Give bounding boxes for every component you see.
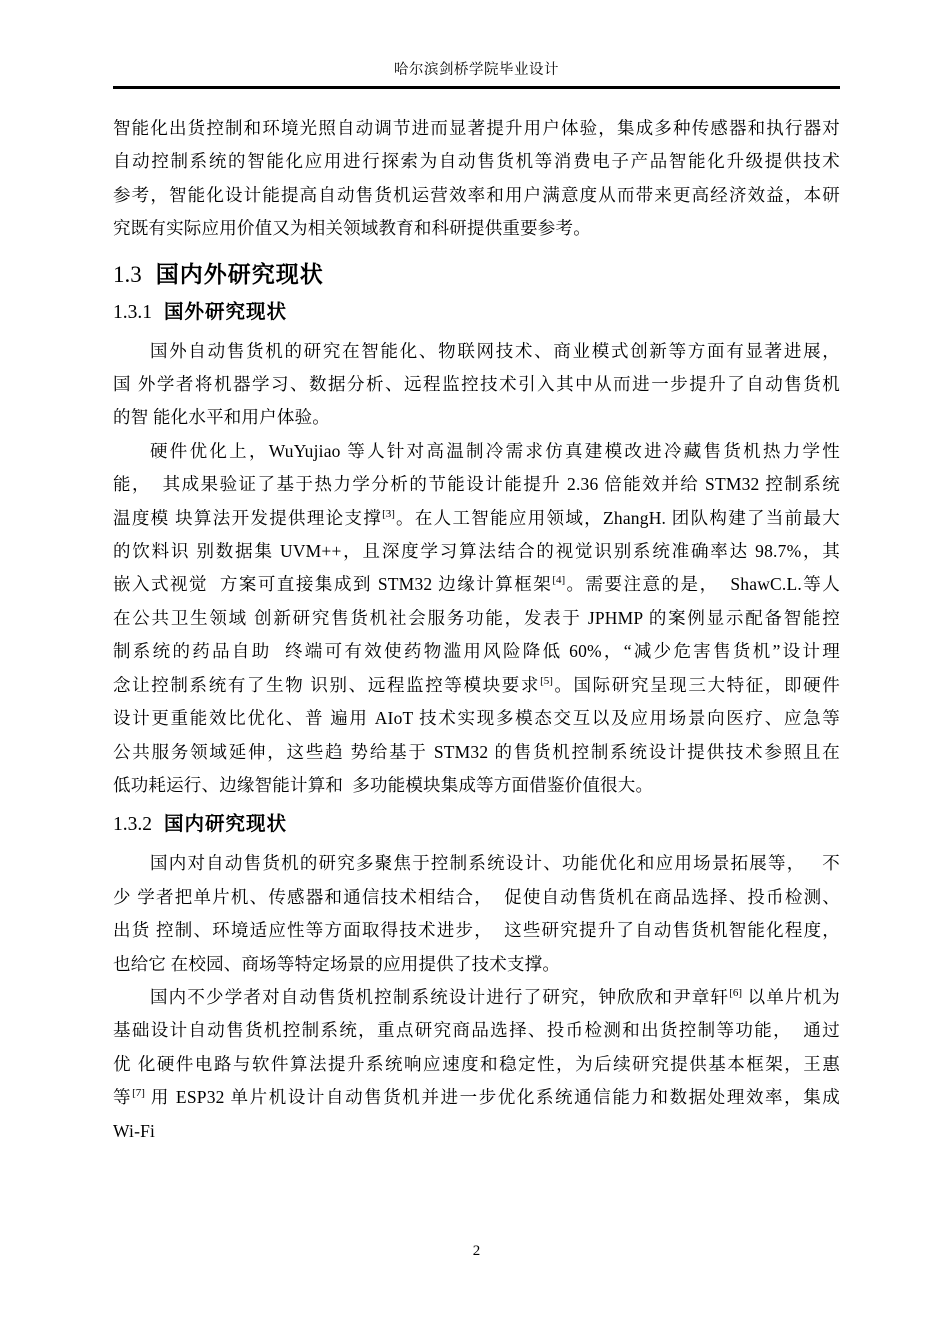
text-line: 少 学者把单片机、传感器和通信技术相结合， 促使自动售货机在商品选择、投币检测、: [113, 881, 840, 914]
text-line: 基础设计自动售货机控制系统，重点研究商品选择、投币检测和出货控制等功能， 通过: [113, 1014, 840, 1047]
citation-ref-7: [7]: [132, 1087, 145, 1099]
text-line: 能， 其成果验证了基于热力学分析的节能设计能提升 2.36 倍能效并给 STM3…: [113, 468, 840, 501]
paragraph: 国外自动售货机的研究在智能化、物联网技术、商业模式创新等方面有显著进展， 国 外…: [113, 335, 840, 435]
page-footer: 2: [113, 1241, 840, 1261]
document-content: 智能化出货控制和环境光照自动调节进而显著提升用户体验，集成多种传感器和执行器对 …: [113, 112, 840, 1148]
paragraph: 硬件优化上，WuYujiao 等人针对高温制冷需求仿真建模改进冷藏售货机热力学性…: [113, 435, 840, 802]
citation-ref-5: [5]: [540, 675, 553, 687]
section-heading-1-3-2: 1.3.2国内研究现状: [113, 811, 840, 838]
section-heading-1-3: 1.3国内外研究现状: [113, 259, 840, 290]
text-line: 国 外学者将机器学习、数据分析、远程监控技术引入其中从而进一步提升了自动售货机: [113, 368, 840, 401]
text-segment: 念让控制系统有了生物 识别、远程监控等模块要求: [113, 675, 540, 695]
header-rule: [113, 86, 840, 89]
heading-text: 国内研究现状: [164, 813, 287, 835]
text-segment: 嵌入式视觉 方案可直接集成到 STM32 边缘计算框架: [113, 574, 552, 594]
text-line: 硬件优化上，WuYujiao 等人针对高温制冷需求仿真建模改进冷藏售货机热力学性: [113, 435, 840, 468]
citation-ref-6: [6]: [729, 987, 742, 999]
text-line: 参考，智能化设计能提高自动售货机运营效率和用户满意度从而带来更高经济效益，本研: [113, 179, 840, 212]
text-line: 自动控制系统的智能化应用进行探索为自动售货机等消费电子产品智能化升级提供技术: [113, 145, 840, 178]
text-line: 低功耗运行、边缘智能计算和 多功能模块集成等方面借鉴价值很大。: [113, 769, 840, 802]
text-line: Wi-Fi: [113, 1115, 840, 1148]
text-line: 念让控制系统有了生物 识别、远程监控等模块要求[5]。国际研究呈现三大特征，即硬…: [113, 669, 840, 702]
text-line: 嵌入式视觉 方案可直接集成到 STM32 边缘计算框架[4]。需要注意的是， S…: [113, 568, 840, 601]
text-line: 也给它 在校园、商场等特定场景的应用提供了技术支撑。: [113, 948, 840, 981]
document-page: 哈尔滨剑桥学院毕业设计 智能化出货控制和环境光照自动调节进而显著提升用户体验，集…: [0, 0, 950, 1344]
text-segment: 国内不少学者对自动售货机控制系统设计进行了研究，钟欣欣和尹章轩: [150, 987, 729, 1007]
text-line: 优 化硬件电路与软件算法提升系统响应速度和稳定性，为后续研究提供基本框架，王惠: [113, 1048, 840, 1081]
heading-number: 1.3.1: [113, 302, 152, 323]
text-line: 等[7] 用 ESP32 单片机设计自动售货机并进一步优化系统通信能力和数据处理…: [113, 1081, 840, 1114]
text-line: 制系统的药品自助 终端可有效使药物滥用风险降低 60%，“减少危害售货机”设计理: [113, 635, 840, 668]
text-segment: 以单片机为: [742, 987, 840, 1007]
paragraph: 国内对自动售货机的研究多聚焦于控制系统设计、功能优化和应用场景拓展等， 不 少 …: [113, 847, 840, 981]
heading-number: 1.3: [113, 262, 142, 287]
section-heading-1-3-1: 1.3.1国外研究现状: [113, 299, 840, 326]
header-title: 哈尔滨剑桥学院毕业设计: [113, 60, 840, 80]
heading-text: 国外研究现状: [164, 301, 287, 323]
page-number: 2: [473, 1243, 481, 1259]
text-line: 国内对自动售货机的研究多聚焦于控制系统设计、功能优化和应用场景拓展等， 不: [113, 847, 840, 880]
text-line: 设计更重能效比优化、普 遍用 AIoT 技术实现多模态交互以及应用场景向医疗、应…: [113, 702, 840, 735]
text-line: 在公共卫生领域 创新研究售货机社会服务功能，发表于 JPHMP 的案例显示配备智…: [113, 602, 840, 635]
text-line: 智能化出货控制和环境光照自动调节进而显著提升用户体验，集成多种传感器和执行器对: [113, 112, 840, 145]
text-segment: 温度模 块算法开发提供理论支撑: [113, 508, 382, 528]
paragraph: 智能化出货控制和环境光照自动调节进而显著提升用户体验，集成多种传感器和执行器对 …: [113, 112, 840, 246]
text-line: 公共服务领域延伸，这些趋 势给基于 STM32 的售货机控制系统设计提供技术参照…: [113, 736, 840, 769]
text-line: 的饮料识 别数据集 UVM++，且深度学习算法结合的视觉识别系统准确率达 98.…: [113, 535, 840, 568]
text-line: 国外自动售货机的研究在智能化、物联网技术、商业模式创新等方面有显著进展，: [113, 335, 840, 368]
citation-ref-3: [3]: [382, 508, 395, 520]
citation-ref-4: [4]: [552, 575, 565, 587]
heading-text: 国内外研究现状: [156, 261, 324, 287]
text-line: 出货 控制、环境适应性等方面取得技术进步， 这些研究提升了自动售货机智能化程度，: [113, 914, 840, 947]
text-segment: 。在人工智能应用领域，ZhangH. 团队构建了当前最大: [395, 508, 840, 528]
text-line: 温度模 块算法开发提供理论支撑[3]。在人工智能应用领域，ZhangH. 团队构…: [113, 502, 840, 535]
text-line: 究既有实际应用价值又为相关领域教育和科研提供重要参考。: [113, 212, 840, 245]
text-line: 的智 能化水平和用户体验。: [113, 401, 840, 434]
heading-number: 1.3.2: [113, 814, 152, 835]
text-segment: 。需要注意的是， ShawC.L.等人: [565, 574, 840, 594]
text-segment: 等: [113, 1087, 132, 1107]
text-segment: 用 ESP32 单片机设计自动售货机并进一步优化系统通信能力和数据处理效率，集成: [145, 1087, 840, 1107]
paragraph: 国内不少学者对自动售货机控制系统设计进行了研究，钟欣欣和尹章轩[6] 以单片机为…: [113, 981, 840, 1148]
text-line: 国内不少学者对自动售货机控制系统设计进行了研究，钟欣欣和尹章轩[6] 以单片机为: [113, 981, 840, 1014]
text-segment: 。国际研究呈现三大特征，即硬件: [553, 675, 840, 695]
